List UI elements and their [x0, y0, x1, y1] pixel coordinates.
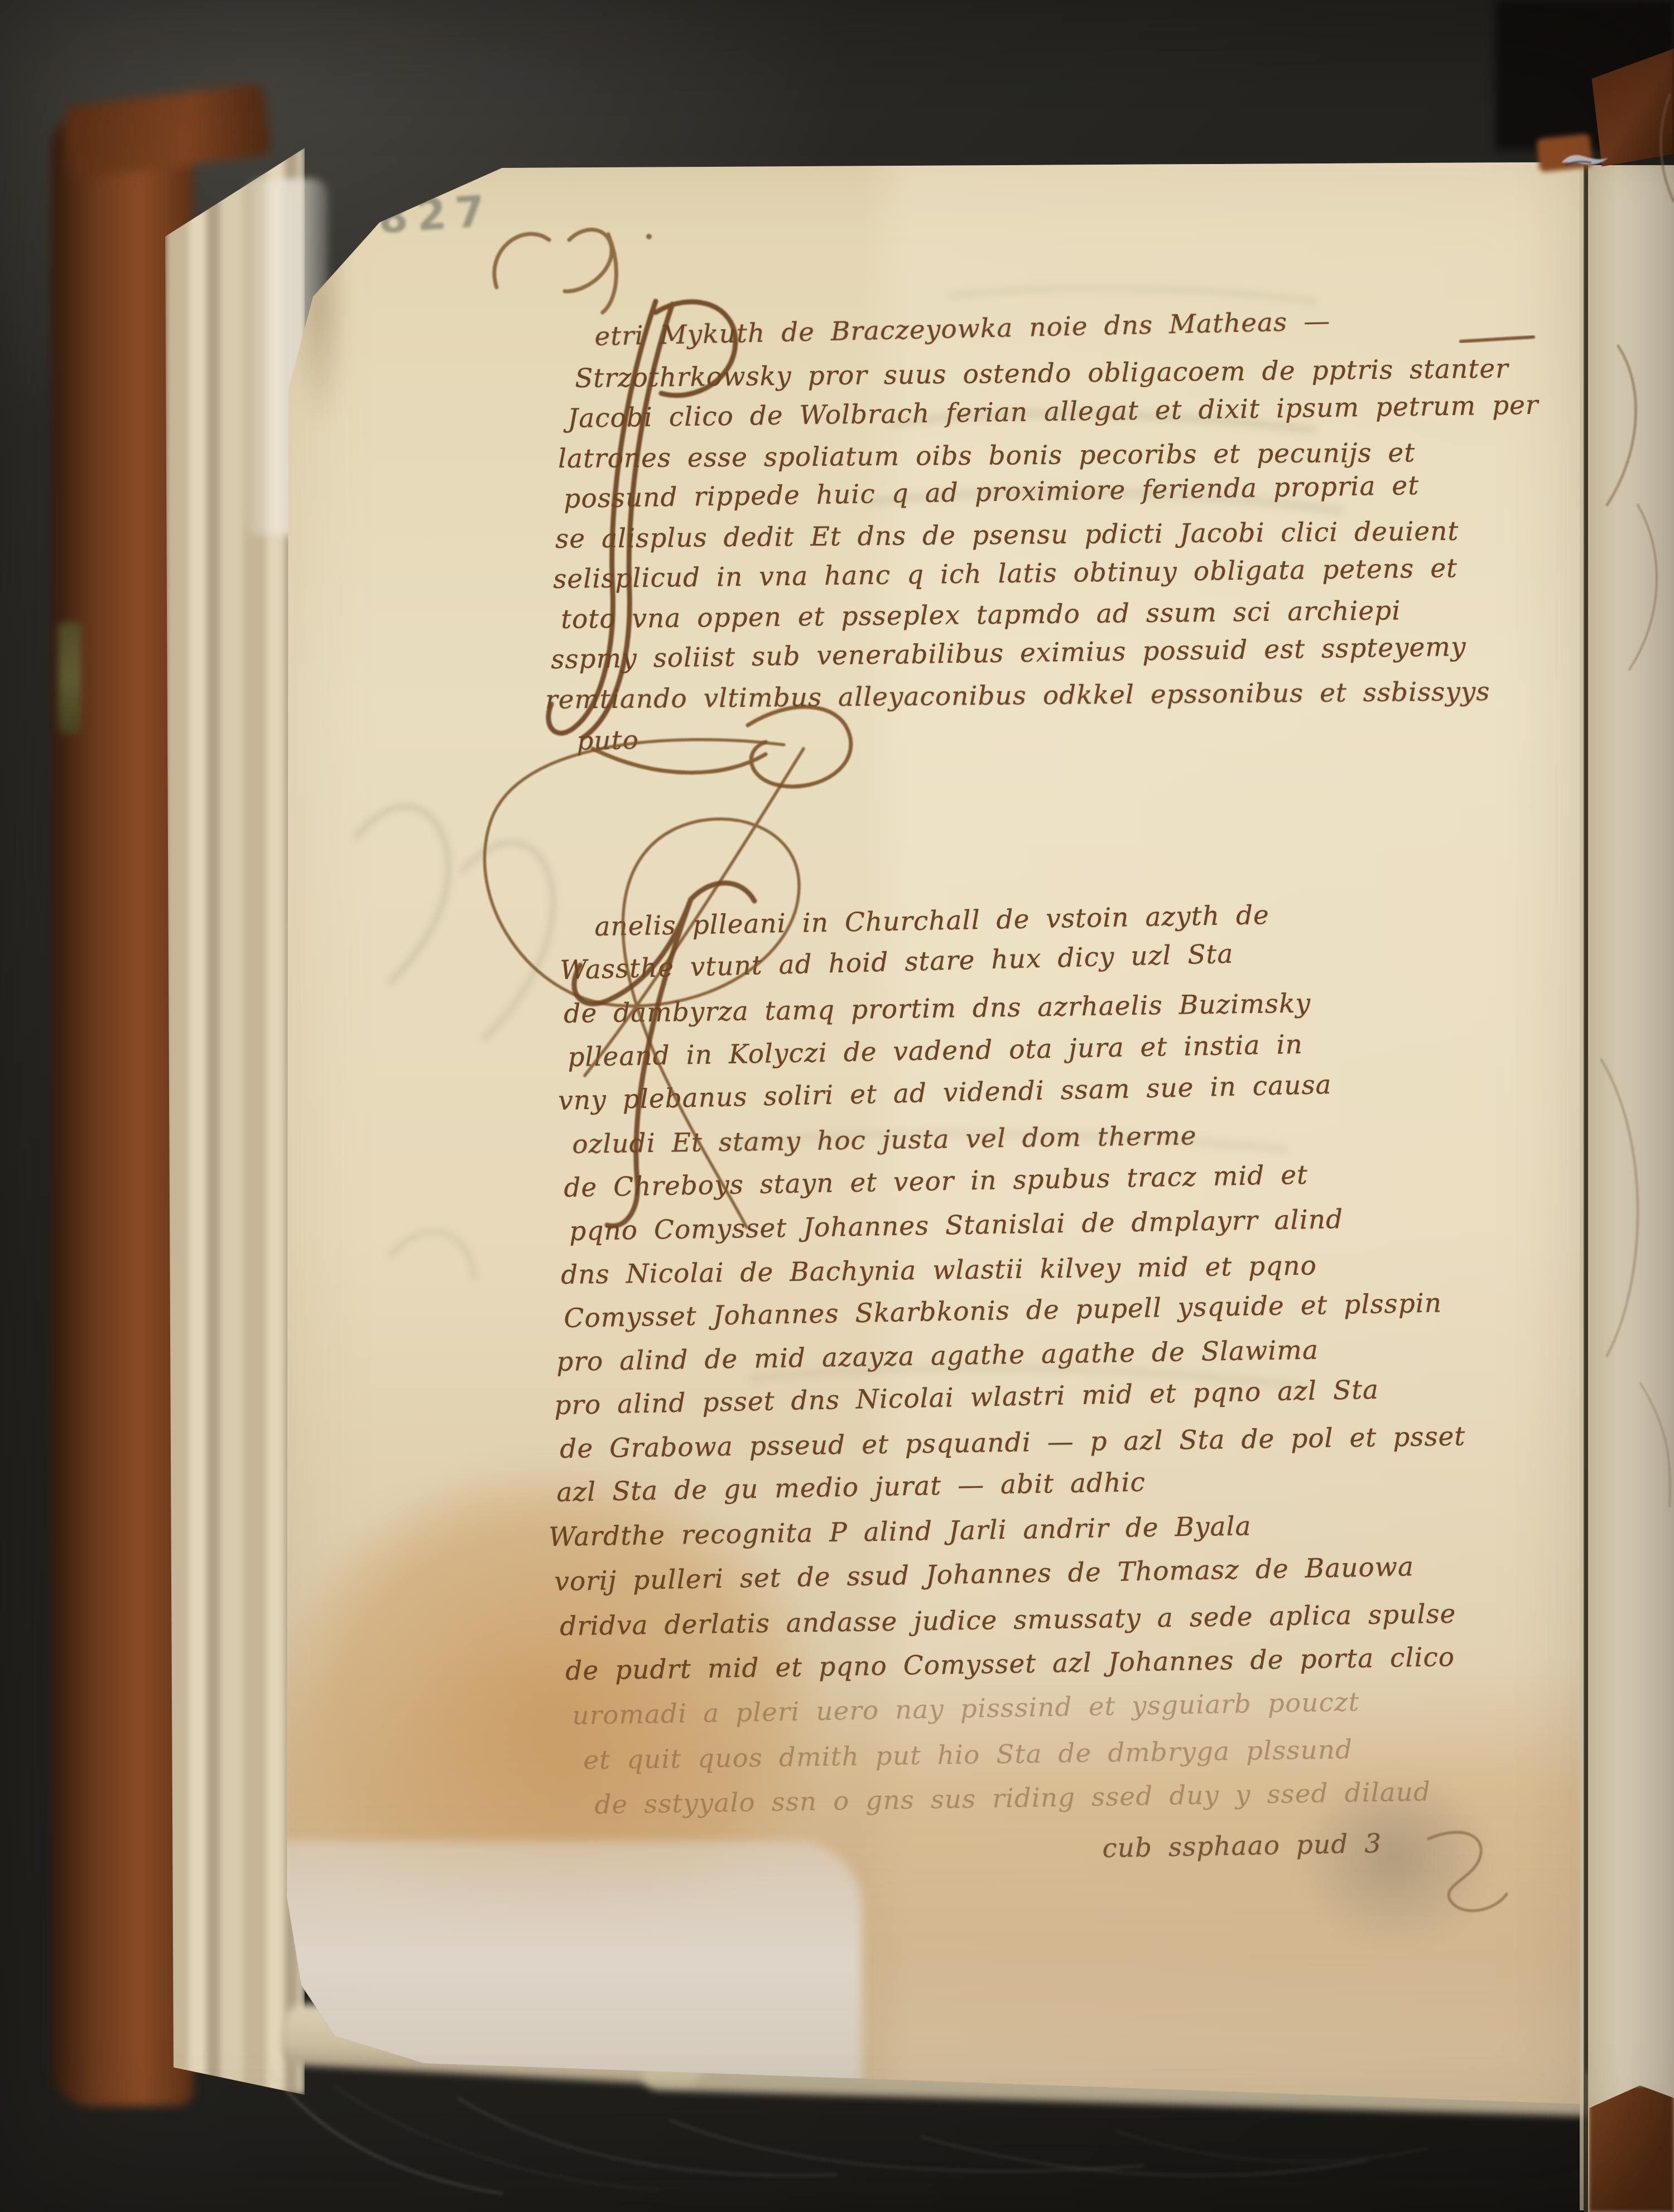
- manuscript-line: remtiando vltimbus alleyaconibus odkkel …: [545, 678, 1490, 713]
- manuscript-line: toto vna oppen et psseplex tapmdo ad ssu…: [561, 597, 1401, 633]
- manuscript-line-faded: cub ssphaao pud 3: [1102, 1830, 1382, 1862]
- page-edge-highlight: [1580, 163, 1584, 2210]
- manuscript-line: puto: [576, 727, 639, 754]
- clasp-remnant: [58, 622, 81, 734]
- photograph-of-manuscript: 1827 etri Mykuth de Braczeyowka noie dns…: [0, 0, 1674, 2212]
- leather-edge-in-gap: [1536, 133, 1593, 172]
- leather-cover-top-corner: [63, 83, 271, 180]
- manuscript-line: ozludi Et stamy hoc justa vel dom therme: [572, 1122, 1197, 1158]
- manuscript-page: 1827 etri Mykuth de Braczeyowka noie dns…: [282, 156, 1585, 2106]
- manuscript-line: latrones esse spoliatum oibs bonis pecor…: [558, 440, 1415, 472]
- manuscript-line: se alisplus dedit Et dns de psensu pdict…: [555, 518, 1459, 552]
- next-page-sliver: [1588, 165, 1674, 2212]
- page-gap-shadow: [1584, 163, 1588, 2212]
- leather-corner-bottom-right: [1589, 2085, 1674, 2212]
